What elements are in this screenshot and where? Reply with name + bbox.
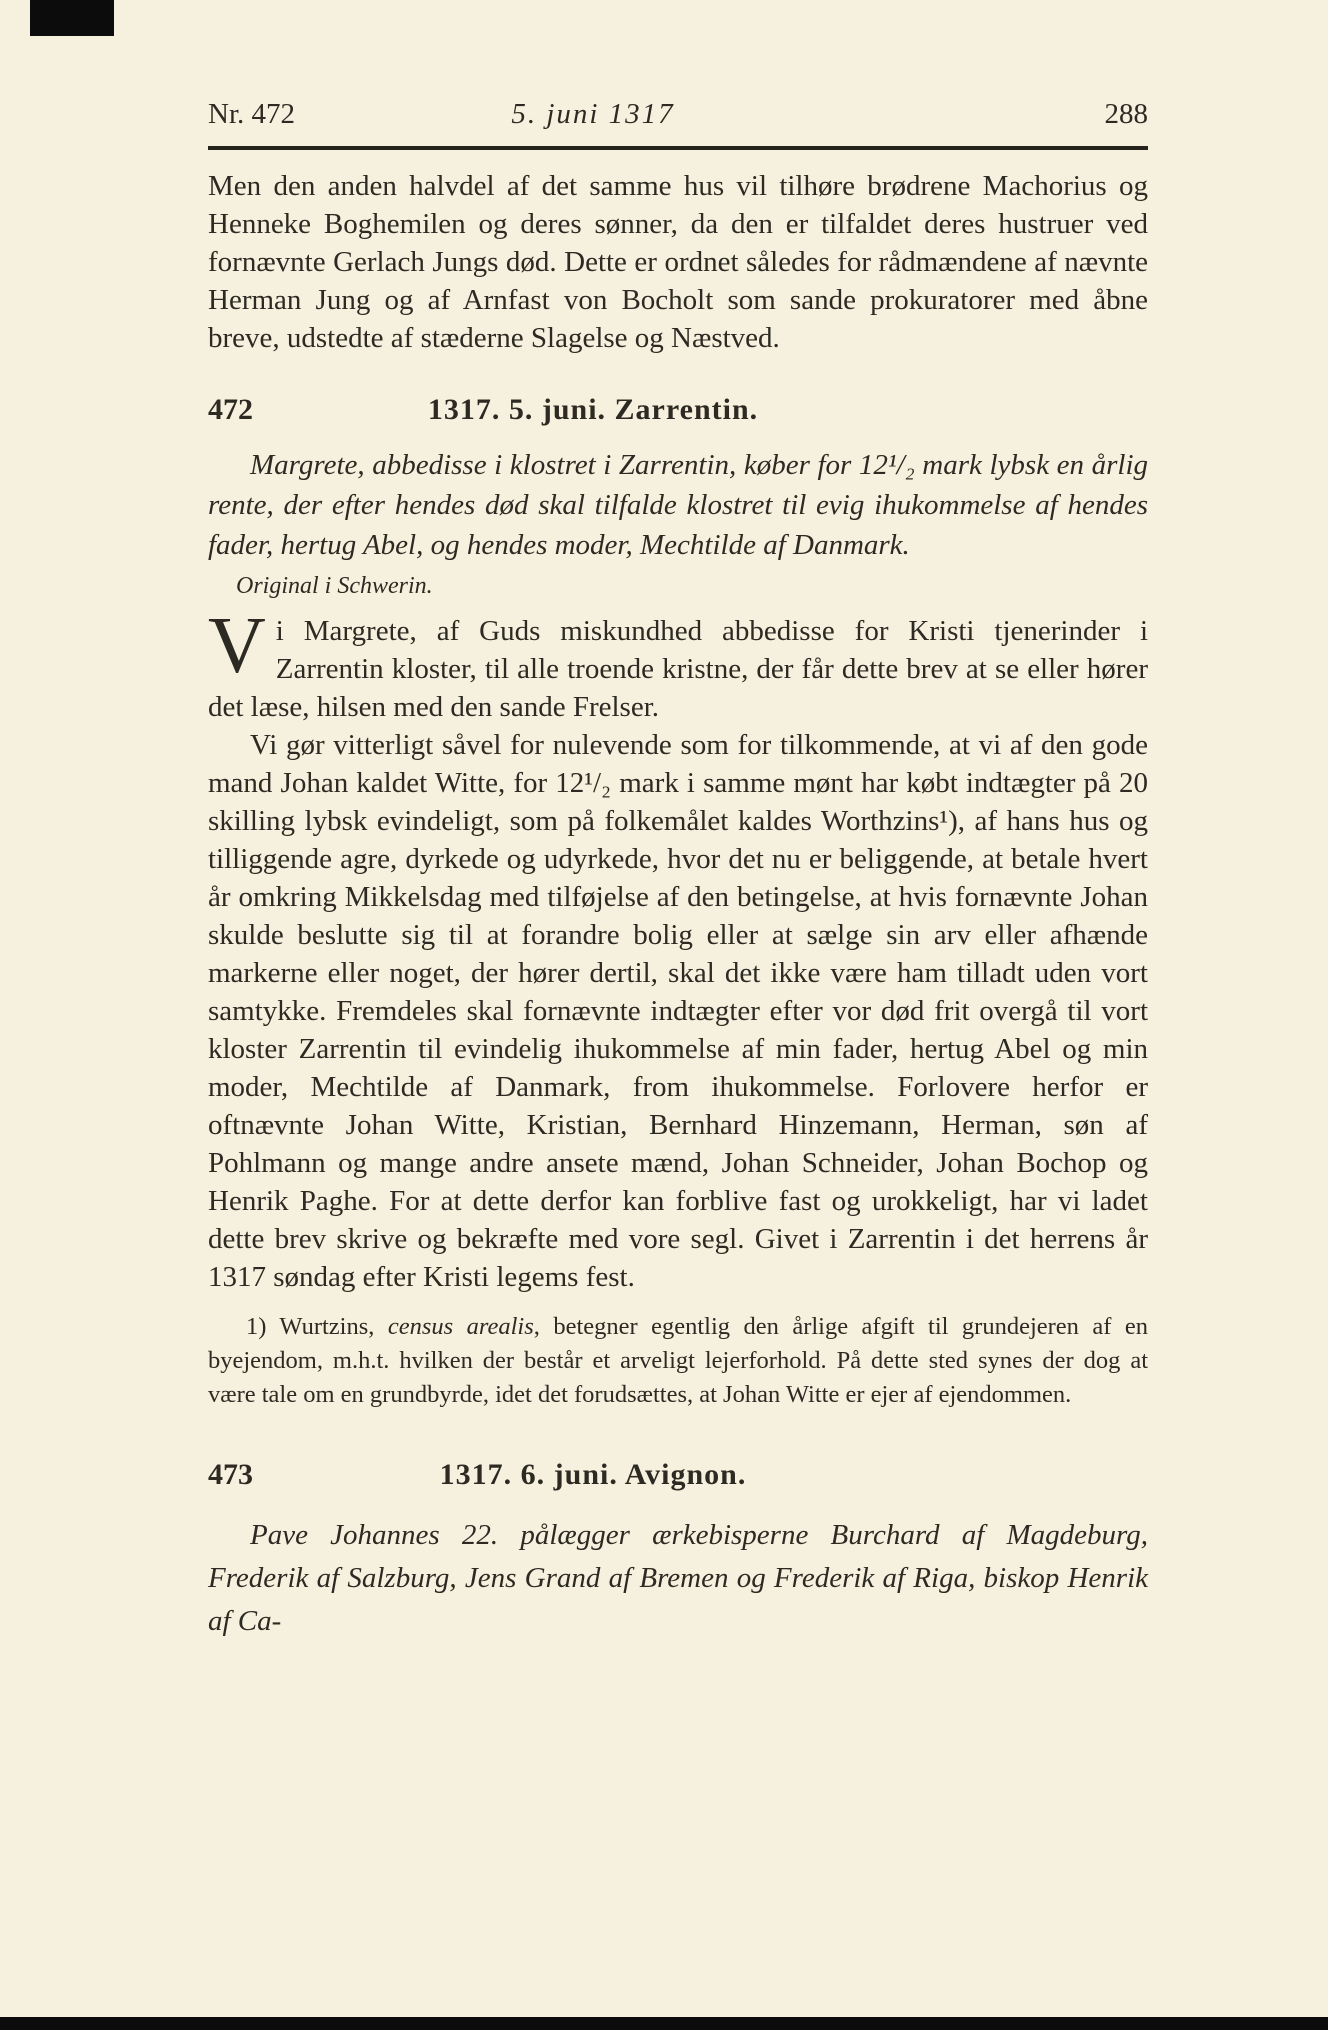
running-head-rule bbox=[208, 146, 1148, 150]
entry-472-body-paragraph-1: Vi Margrete, af Guds miskundhed abbediss… bbox=[208, 612, 1148, 726]
running-head-date: 5. juni 1317 bbox=[208, 98, 978, 131]
entry-473-summary: Pave Johannes 22. pålægger ærkebisperne … bbox=[208, 1514, 1148, 1643]
entry-473-heading: 1317. 6. juni. Avignon. bbox=[208, 1458, 978, 1492]
scan-artifact-bottom-bar bbox=[0, 2017, 1328, 2030]
continuation-paragraph: Men den anden halvdel af det samme hus v… bbox=[208, 167, 1148, 357]
entry-472-source-note: Original i Schwerin. bbox=[236, 573, 1148, 600]
entry-472-summary: Margrete, abbedisse i klostret i Zarrent… bbox=[208, 445, 1148, 565]
entry-472-body-paragraph-2: Vi gør vitterligt såvel for nulevende so… bbox=[208, 726, 1148, 1296]
footnote-marker: 1) bbox=[246, 1313, 279, 1340]
running-head-page-number: 288 bbox=[1105, 98, 1149, 131]
drop-cap-initial: V bbox=[208, 612, 276, 678]
entry-472-footnote: 1) Wurtzins, census arealis, betegner eg… bbox=[208, 1310, 1148, 1412]
scanned-book-page: { "page": { "bg_color": "#f6f1df", "text… bbox=[0, 0, 1328, 2030]
entry-472-body-paragraph-1-text: i Margrete, af Guds miskundhed abbedisse… bbox=[208, 615, 1148, 723]
scan-artifact-top-left bbox=[30, 0, 114, 36]
entry-472-heading-row: 472 1317. 5. juni. Zarrentin. bbox=[208, 393, 1148, 435]
footnote-text-before-term: Wurtzins, bbox=[279, 1313, 387, 1340]
footnote-latin-term: census arealis bbox=[388, 1313, 534, 1340]
entry-472-heading: 1317. 5. juni. Zarrentin. bbox=[208, 393, 978, 427]
entry-473-heading-row: 473 1317. 6. juni. Avignon. bbox=[208, 1458, 1148, 1500]
page-text-block: Nr. 472 5. juni 1317 288 Men den anden h… bbox=[208, 98, 1148, 1643]
running-head: Nr. 472 5. juni 1317 288 bbox=[208, 98, 1148, 140]
